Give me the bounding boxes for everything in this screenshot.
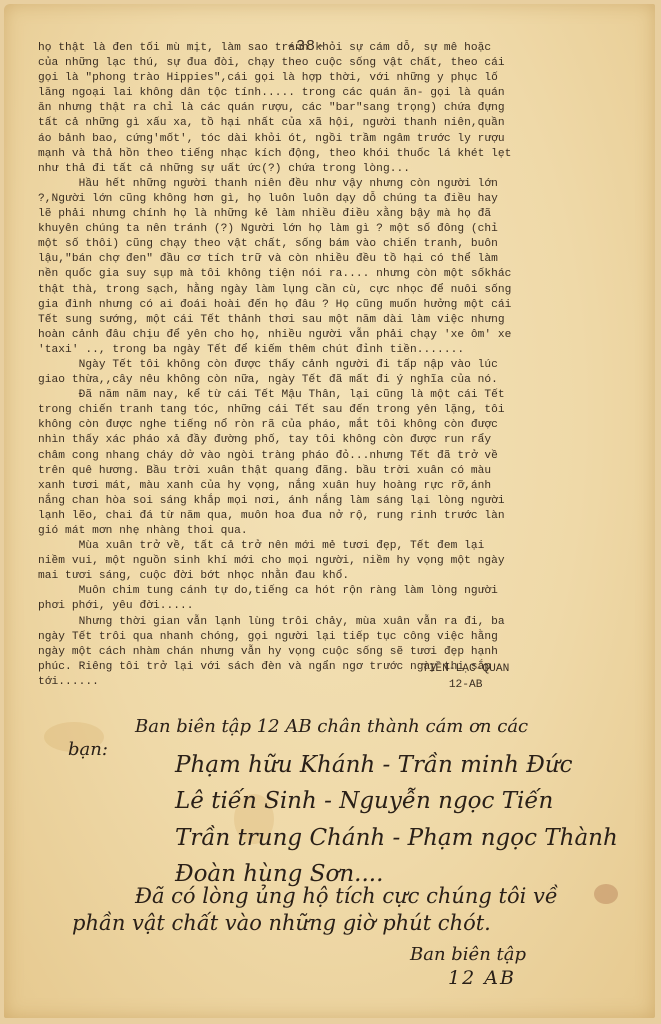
typed-line: tất cả những gì xấu xa, tồ hại nhất của …: [38, 116, 638, 131]
typed-line: niềm vui, một nguồn sinh khí mới cho mọi…: [38, 554, 638, 569]
typed-line: lăng ngoại lai không dân tộc tính..... t…: [38, 86, 638, 101]
typed-line: một số thôi) cũng chạy theo vật chất, số…: [38, 237, 638, 252]
typed-line: giao thừa,,cây nêu không còn nữa, ngày T…: [38, 373, 638, 388]
typed-line: lẽ phải nhưng chính họ là những kẻ làm n…: [38, 207, 638, 222]
author-class: 12-AB: [449, 679, 483, 691]
handwritten-signature: Ban biên tập: [410, 944, 526, 965]
typed-line: phúc. Riêng tôi trở lại với sách đèn và …: [38, 660, 638, 675]
typed-line: không còn được nghe tiếng nổ ròn rã của …: [38, 418, 638, 433]
typed-line: Ngày Tết tôi không còn được thấy cảnh ng…: [38, 358, 638, 373]
typed-line: nắng chan hòa soi sáng khắp mọi nơi, ánh…: [38, 494, 638, 509]
typed-line: nhìn thấy xác pháo xả đầy đường phố, tay…: [38, 433, 638, 448]
typed-line: ?,Người lớn cũng không hơn gì, họ luôn l…: [38, 192, 638, 207]
handwritten-intro: Ban biên tập 12 AB chân thành cám ơn các: [135, 716, 528, 737]
typed-line: khuyên chúng ta nên tránh (?) Người lớn …: [38, 222, 638, 237]
handwritten-names-line: Phạm hữu Khánh - Trần minh Đức: [175, 752, 573, 778]
typed-line: áo bảnh bao, cứng'mốt', tóc dài khỏi ót,…: [38, 132, 638, 147]
typed-line: gió mát mơn nhẹ nhàng thoi qua.: [38, 524, 638, 539]
typed-line: lậu,"bán chợ đen" đầu cơ tích trữ và còn…: [38, 252, 638, 267]
typed-line: trên quê hương. Bầu trời xuân thật quang…: [38, 464, 638, 479]
typed-line: hoàn cảnh đâu chịu để yên cho họ, nhiều …: [38, 328, 638, 343]
typed-line: như thả đi tất cả những sự uất ức(?) chứ…: [38, 162, 638, 177]
typed-article-body: họ thật là đen tối mù mịt, làm sao tránh…: [38, 41, 638, 690]
typed-line: ngày Tết trôi qua nhanh chóng, gọi người…: [38, 630, 638, 645]
handwritten-salutation: bạn:: [68, 739, 108, 760]
typed-line: Đã năm năm nay, kể từ cái Tết Mậu Thân, …: [38, 388, 638, 403]
typed-line: mạnh và thả hồn theo tiếng nhạc kích độn…: [38, 147, 638, 162]
handwritten-signature-class: 12 AB: [448, 967, 516, 989]
typed-line: gọi là "phong trào Hippies",cái gọi là h…: [38, 71, 638, 86]
typed-line: trong chiến tranh tang tóc, những cái Tế…: [38, 403, 638, 418]
typed-line: thật thà, trong sạch, hằng ngày làm lụng…: [38, 283, 638, 298]
author-name: TIỀN-LẠC-QUAN: [422, 663, 509, 675]
handwritten-names-line: Lê tiến Sinh - Nguyễn ngọc Tiến: [175, 788, 553, 814]
typed-line: Muôn chim tung cánh tự do,tiếng ca hót r…: [38, 584, 638, 599]
typed-line: nền quốc gia suy sụp mà tôi không tiện n…: [38, 267, 638, 282]
typed-line: phơi phới, yêu đời.....: [38, 599, 638, 614]
handwritten-thanks-line: phần vật chất vào những giờ phút chót.: [72, 911, 491, 935]
typed-line: ăn nhưng thật ra chỉ là các quán rượu, c…: [38, 101, 638, 116]
typed-line: châm cong nhang cháy dở vào ngòi tràng p…: [38, 449, 638, 464]
typed-line: tới......: [38, 675, 638, 690]
handwritten-thanks-line: Đã có lòng ủng hộ tích cực chúng tôi về: [135, 884, 558, 908]
typed-line: Tết sung sướng, một cái Tết thảnh thơi s…: [38, 313, 638, 328]
typed-line: ngày một cách nhàm chán nhưng vẫn hy vọn…: [38, 645, 638, 660]
typed-line: Mùa xuân trở về, tất cả trở nên mới mẻ t…: [38, 539, 638, 554]
handwritten-names-line: Trần trung Chánh - Phạm ngọc Thành: [175, 825, 618, 851]
typed-line: mai tươi sáng, cuộc đời bớt nhọc nhằn đa…: [38, 569, 638, 584]
typed-line: gia đình nhưng có ai đoái hoài đến họ đâ…: [38, 298, 638, 313]
typed-line: 'taxi' .., trong ba ngày Tết để kiếm thê…: [38, 343, 638, 358]
typed-line: xanh tươi mát, màu xanh của hy vọng, nắn…: [38, 479, 638, 494]
article-signature: TIỀN-LẠC-QUAN 12-AB: [422, 661, 509, 693]
typed-line: Nhưng thời gian vẫn lạnh lùng trôi chảy,…: [38, 615, 638, 630]
typed-line: lạnh lẽo, chai đá từ năm qua, muôn hoa đ…: [38, 509, 638, 524]
paper-stain: [594, 884, 618, 904]
typed-line: Hầu hết những người thanh niên đều như v…: [38, 177, 638, 192]
typed-line: họ thật là đen tối mù mịt, làm sao tránh…: [38, 41, 638, 56]
typed-line: của những lạc thú, sự đua đòi, chạy theo…: [38, 56, 638, 71]
